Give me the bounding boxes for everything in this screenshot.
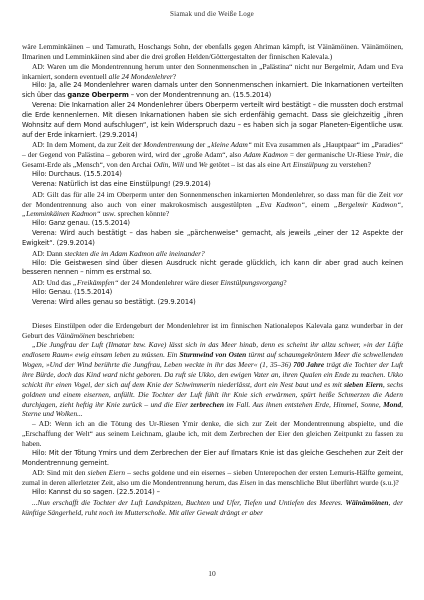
text-run: usw. sprechen könnte? bbox=[101, 209, 169, 218]
paragraph: Verena: Wird auch bestätigt – das haben … bbox=[22, 229, 403, 249]
paragraph: AD: In dem Moment, da zur Zeit der Monde… bbox=[22, 140, 403, 170]
text-run: vor bbox=[393, 190, 403, 199]
book-page: Siamak und die Weiße Loge wäre Lemminkäi… bbox=[0, 0, 424, 600]
text-run: Verena: Wird alles genau so bestätigt. (… bbox=[32, 298, 196, 306]
paragraph: Hilo: Durchaus. (15.5.2014) bbox=[22, 170, 403, 180]
text-run: Ymir bbox=[376, 150, 390, 159]
text-run: im Fall. Aus ihnen entstehen Erde, Himme… bbox=[224, 400, 383, 409]
text-run: ? bbox=[173, 72, 176, 81]
paragraph: ...Nun erschafft die Tochter der Luft La… bbox=[22, 498, 403, 518]
text-run: Hilo: Kannst du so sagen. (22.5.2014) – bbox=[32, 488, 160, 496]
text-run: Einstülpungsvorgang bbox=[220, 278, 283, 287]
text-run: Wäinämöinen bbox=[345, 498, 388, 507]
paragraph: Hilo: Die Geistwesen sind über diesen Au… bbox=[22, 259, 403, 279]
text-run: „Lemminkäinen Kadmon“ bbox=[22, 209, 101, 218]
text-run: AD: In dem Moment, da zur Zeit der bbox=[32, 140, 143, 149]
paragraph: Hilo: Ganz genau. (15.5.2014) bbox=[22, 219, 403, 229]
paragraph: Hilo: Ja, alle 24 Mondenlehrer waren dam… bbox=[22, 81, 403, 101]
text-run: Väinämöinen bbox=[56, 331, 95, 340]
text-run: We bbox=[199, 160, 208, 169]
text-run: „Freikämpfen“ bbox=[73, 278, 119, 287]
text-run: Einstülpung bbox=[293, 160, 329, 169]
paragraph: Dieses Einstülpen oder die Erdengeburt d… bbox=[22, 321, 403, 341]
text-run: „Eva Kadmon“ bbox=[256, 200, 305, 209]
text-run: Mond bbox=[383, 400, 401, 409]
text-run: AD: Dann bbox=[32, 249, 64, 258]
text-run: Mondentrennung bbox=[143, 140, 194, 149]
text-run: sieben Eiern bbox=[88, 468, 126, 477]
paragraph: Verena: Natürlich ist das eine Einstülpu… bbox=[22, 180, 403, 190]
paragraph: „Die Jungfrau der Luft (Ilmatar bzw. Kav… bbox=[22, 340, 403, 419]
text-run: ganze Oberperm bbox=[67, 91, 128, 99]
page-number: 10 bbox=[0, 569, 424, 578]
text-run: ...Nun erschafft die Tochter der Luft La… bbox=[32, 498, 345, 507]
paragraph: Verena: Wird alles genau so bestätigt. (… bbox=[22, 298, 403, 308]
text-run: 700 Jahre bbox=[293, 360, 324, 369]
text-run: Hilo: Durchaus. (15.5.2014) bbox=[32, 170, 122, 178]
text-run: ? bbox=[283, 278, 286, 287]
text-run: , bbox=[401, 200, 403, 209]
running-head-title: Siamak und die Weiße Loge bbox=[0, 10, 424, 18]
paragraph: AD: Sind mit den sieben Eiern – sechs go… bbox=[22, 468, 403, 488]
text-run: „Bergelmir Kadmon“ bbox=[334, 200, 401, 209]
text-run: – von der Mondentrennung an. (15.5.2014) bbox=[129, 91, 271, 99]
text-run: AD: Waren um die Mondentrennung herum un… bbox=[22, 62, 403, 81]
text-run: sieben Eiern bbox=[344, 380, 383, 389]
paragraph: AD: Waren um die Mondentrennung herum un… bbox=[22, 62, 403, 82]
text-run: zerbrechen bbox=[190, 400, 224, 409]
text-run: Hilo: Genau. (15.5.2014) bbox=[32, 288, 112, 296]
page-body-text: wäre Lemminkäinen – und Tamurath, Hoscha… bbox=[22, 42, 403, 518]
text-run: beschrieben: bbox=[96, 331, 135, 340]
text-run: Hilo: Ganz genau. (15.5.2014) bbox=[32, 219, 130, 227]
text-run: „kleine Adam“ bbox=[207, 140, 252, 149]
paragraph: – AD: Wenn ich an die Tötung des Ur-Ries… bbox=[22, 419, 403, 449]
text-run: in das menschliche Blut überführt wurde … bbox=[256, 478, 399, 487]
paragraph: Hilo: Kannst du so sagen. (22.5.2014) – bbox=[22, 488, 403, 498]
paragraph: AD: Gilt das für alle 24 im Oberperm unt… bbox=[22, 190, 403, 220]
text-run: alle 24 Mondenlehrer bbox=[109, 72, 173, 81]
text-run: Odin, Wili bbox=[154, 160, 184, 169]
text-run: Verena: Wird auch bestätigt – das haben … bbox=[22, 229, 403, 247]
paragraph: Verena: Die Inkarnation aller 24 Mondenl… bbox=[22, 101, 403, 140]
text-run: = der germanische Ur-Riese bbox=[288, 150, 376, 159]
text-run: Adam Kadmon bbox=[243, 150, 287, 159]
text-run: zu verstehen? bbox=[329, 160, 371, 169]
text-run: Hilo: Mit der Tötung Ymirs und dem Zerbr… bbox=[22, 449, 403, 467]
paragraph: Hilo: Genau. (15.5.2014) bbox=[22, 288, 403, 298]
paragraph: wäre Lemminkäinen – und Tamurath, Hoscha… bbox=[22, 42, 403, 62]
text-run: – AD: Wenn ich an die Tötung des Ur-Ries… bbox=[22, 419, 403, 448]
text-run: und bbox=[184, 160, 199, 169]
text-run: wäre Lemminkäinen – und Tamurath, Hoscha… bbox=[22, 42, 403, 61]
text-run: getötet – ist das als eine Art bbox=[208, 160, 293, 169]
text-run: Verena: Natürlich ist das eine Einstülpu… bbox=[32, 180, 211, 188]
text-run: der 24 Mondenlehrer wäre dieser bbox=[119, 278, 221, 287]
text-run: , einem bbox=[305, 200, 334, 209]
text-run: AD: Gilt das für alle 24 im Oberperm unt… bbox=[32, 190, 393, 199]
text-run: Hilo: Die Geistwesen sind über diesen Au… bbox=[22, 259, 403, 277]
text-run: Verena: Die Inkarnation aller 24 Mondenl… bbox=[22, 101, 403, 139]
text-run: steckten die im Adam Kadmon alle ineinan… bbox=[64, 249, 204, 258]
text-run: Sturmwind von Osten bbox=[180, 350, 247, 359]
text-run: der bbox=[194, 140, 207, 149]
text-run: Eisen bbox=[240, 478, 256, 487]
paragraph: AD: Und das „Freikämpfen“ der 24 Mondenl… bbox=[22, 278, 403, 288]
text-run: AD: Und das bbox=[32, 278, 73, 287]
paragraph: AD: Dann steckten die im Adam Kadmon all… bbox=[22, 249, 403, 259]
text-run: AD: Sind mit den bbox=[32, 468, 88, 477]
paragraph: Hilo: Mit der Tötung Ymirs und dem Zerbr… bbox=[22, 449, 403, 469]
text-run: der Mondentrennung also auch von einer m… bbox=[22, 200, 256, 209]
